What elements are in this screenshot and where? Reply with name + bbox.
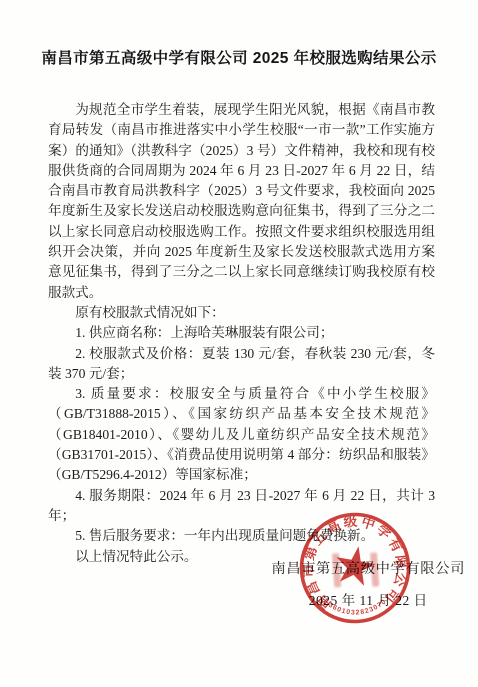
body-paragraph: 3. 质量要求：校服安全与质量符合《中小学生校服》（GB/T31888-2015…: [48, 384, 435, 485]
official-seal-stamp: 南昌市第五高级中学有限公司 3601032823070: [293, 506, 417, 630]
document-title: 南昌市第五高级中学有限公司 2025 年校服选购结果公示: [0, 46, 478, 68]
body-paragraph: 1. 供应商名称：上海哈芙琳服装有限公司；: [48, 323, 435, 343]
body-paragraph: 为规范全市学生着装，展现学生阳光风貌，根据《南昌市教育局转发（南昌市推进落实中小…: [48, 100, 435, 303]
body-paragraph: 原有校服款式情况如下：: [48, 303, 435, 323]
seal-ghost-mark-right: [370, 552, 379, 586]
body-paragraph: 2. 校服款式及价格：夏装 130 元/套，春秋装 230 元/套，冬装 370…: [48, 344, 435, 385]
document-page: 南昌市第五高级中学有限公司 2025 年校服选购结果公示 为规范全市学生着装，展…: [0, 0, 478, 687]
document-body: 为规范全市学生着装，展现学生阳光风貌，根据《南昌市教育局转发（南昌市推进落实中小…: [48, 100, 435, 567]
